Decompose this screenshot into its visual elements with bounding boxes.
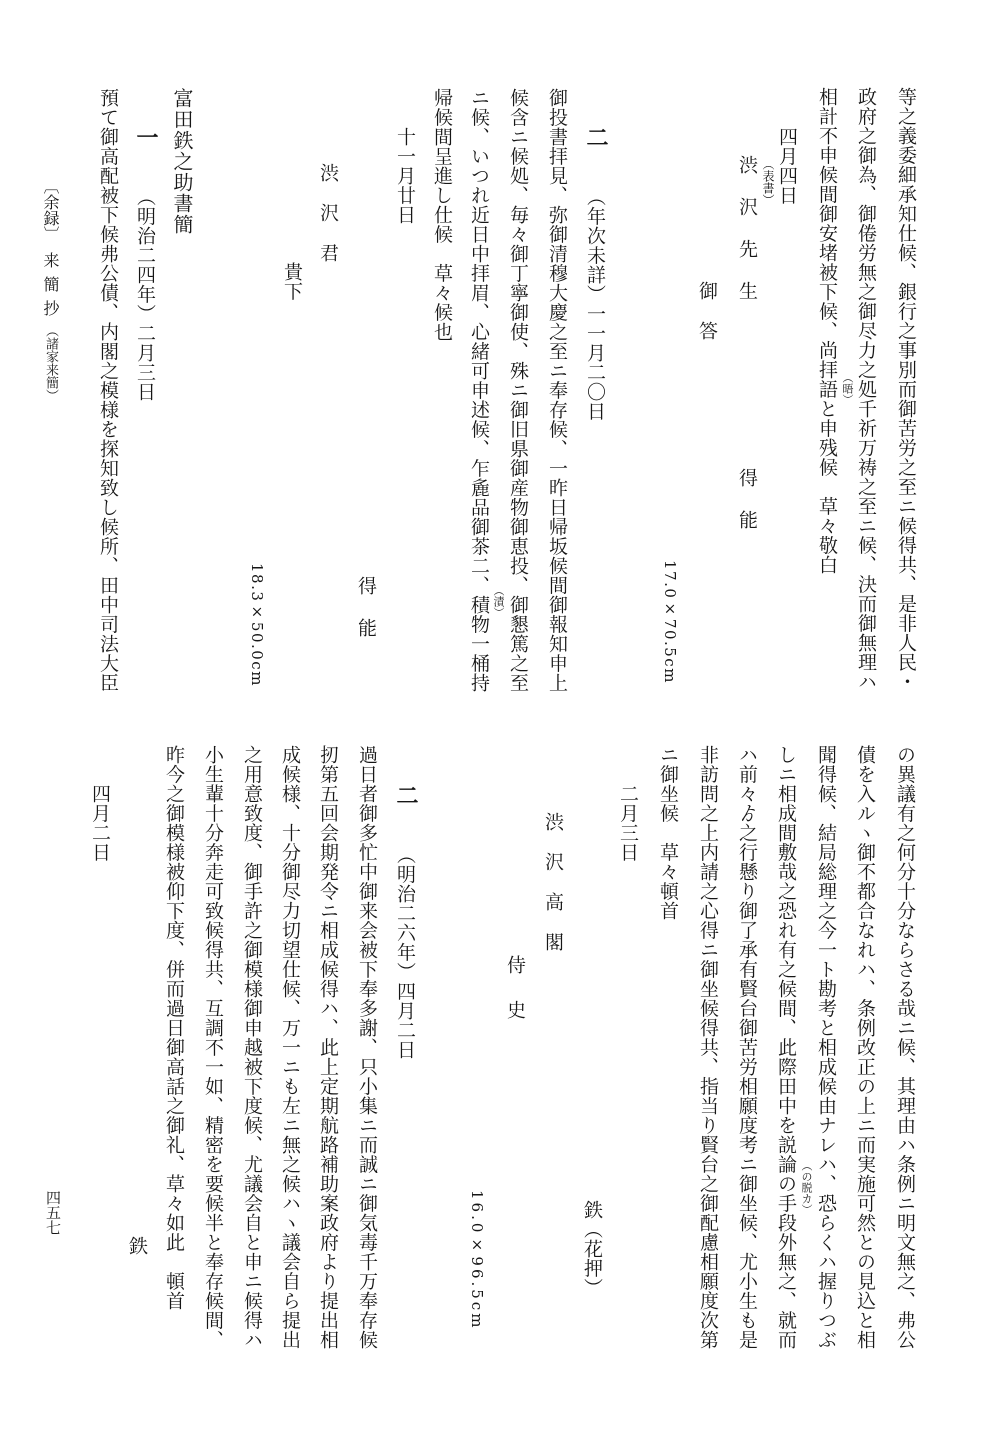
running-head-label: 〔余録〕 — [41, 178, 60, 242]
letter-line: 昨今之御模様被仰下度、併而過日御高話之御礼、草々如此 頓首 — [162, 745, 186, 1311]
letter-line: 預て御高配被下候弗公債、内閣之模様を探知致し候所、田中司法大臣 — [96, 88, 120, 693]
book-page: 等之義委細承知仕候、銀行之事別而御苦労之至ニ候得共、是非人民・ 政府之御為、御倦… — [0, 0, 1000, 1432]
letter-line: 扨第五回会期発令ニ相成候得ハ、此上定期航路補助案政府より提出相 — [316, 745, 340, 1350]
letter-date: 十一月廿日 — [393, 127, 417, 225]
letter-dated-heading: （年次未詳）一一月二〇日 — [583, 187, 607, 421]
kao-seal-note: （花押） — [581, 1220, 603, 1298]
sender-name: 得能 — [735, 468, 759, 552]
letter-line: 之用意致度、御手許之御模様御申越被下度候、尤議会自と申ニ候得ハ — [240, 745, 264, 1350]
letter-line: 候含ニ候処、毎々御丁寧御使、殊ニ御旧県御産物御恵投、御懇篤之至 — [506, 88, 530, 693]
envelope-label: （表書） — [761, 158, 774, 206]
running-head-title: 来簡抄 — [40, 252, 60, 324]
letter-line: ニ御坐候 草々頓首 — [656, 745, 680, 921]
editorial-annotation: （漬） — [492, 585, 504, 618]
honorific: 侍史 — [503, 955, 527, 1045]
letter-line: しニ相成間敷哉之恐れ有之候間、此際田中を説論の手段外無之、就而 — [774, 745, 798, 1350]
running-head: 〔余録〕来簡抄（諸家来簡） — [40, 178, 60, 402]
editorial-annotation: （晤） — [841, 372, 853, 405]
letter-line: の異議有之何分十分ならさる哉ニ候、其理由ハ条例ニ明文無之、弗公 — [893, 745, 917, 1350]
letter-line: 成候様、十分御尽力切望仕候、万一ニも左ニ無之候ハヽ議会自ら提出 — [278, 745, 302, 1350]
honorific: 貴下 — [280, 262, 304, 301]
signature-block: 鉄（花押） — [580, 1200, 604, 1298]
letter-date: 二月三日 — [616, 784, 640, 862]
letter-dated-heading: （明治二六年）四月二日 — [393, 845, 417, 1060]
letter-number: 一 — [133, 126, 157, 148]
letter-line: 過日者御多忙中御来会被下奉多謝、只小集ニ而誠ニ御気毒千万奉存候 — [355, 745, 379, 1350]
document-dimensions: 16.0×96.5cm — [467, 1190, 487, 1330]
letter-line: 非訪問之上内請之心得ニ御坐候得共、指当り賢台之御配慮相願度次第 — [696, 745, 720, 1350]
section-heading: 富田鉄之助書簡 — [170, 88, 194, 235]
letter-line: 等之義委細承知仕候、銀行之事別而御苦労之至ニ候得共、是非人民・ — [894, 87, 918, 692]
letter-dated-heading: （明治二四年）二月三日 — [133, 187, 157, 402]
letter-line: 帰候間呈進し仕候 草々候也 — [430, 88, 454, 342]
signature: 鉄 — [581, 1200, 603, 1220]
running-head-subtitle: （諸家来簡） — [40, 324, 60, 402]
letter-line: 債を入ルヽ御不都合なれハ、条例改正の上ニ而実施可然との見込と相 — [853, 745, 877, 1350]
letter-line: 相計不申候間御安堵被下候、尚拝語と申残候 草々敬白 — [815, 87, 839, 575]
signature: 鉄 — [125, 1236, 149, 1256]
page-number: 四五七 — [43, 1190, 63, 1235]
addressee: 渋沢高閣 — [541, 812, 565, 972]
letter-line: ニ候、いつれ近日中拝眉、心緒可申述候、乍麁品御茶二、積物一桶持 — [467, 88, 491, 693]
letter-number: 二 — [393, 784, 417, 806]
letter-line: 政府之御為、御倦労無之御尽力之処千祈万祷之至ニ候、決而御無理ハ — [854, 87, 878, 692]
letter-line: 御投書拝見、弥御清穆大慶之至ニ奉存候、一昨日帰坂候間御報知申上 — [545, 88, 569, 693]
letter-number: 二 — [583, 126, 607, 148]
letter-date: 四月二日 — [88, 784, 112, 862]
letter-line: ハ前々ゟ之行懸り御了承有賢台御苦労相願度考ニ御坐候、尤小生も是 — [735, 745, 759, 1350]
editorial-annotation: （の脱カ） — [800, 1160, 812, 1215]
letter-date: 四月四日 — [775, 127, 799, 205]
reply-note: 御答 — [695, 281, 719, 361]
letter-line: 小生輩十分奔走可致候得共、互調不一如、精密を要候半と奉存候間、 — [201, 745, 225, 1350]
sender-name: 得能 — [354, 576, 378, 660]
addressee: 渋沢君 — [316, 163, 340, 283]
addressee: 渋沢先生 — [735, 155, 759, 323]
document-dimensions: 18.3×50.0cm — [247, 563, 267, 687]
letter-line: 聞得候、結局総理之今一ト勘考と相成候由ナレハ、恐らくハ握りつぶ — [814, 745, 838, 1350]
document-dimensions: 17.0×70.5cm — [660, 560, 680, 684]
